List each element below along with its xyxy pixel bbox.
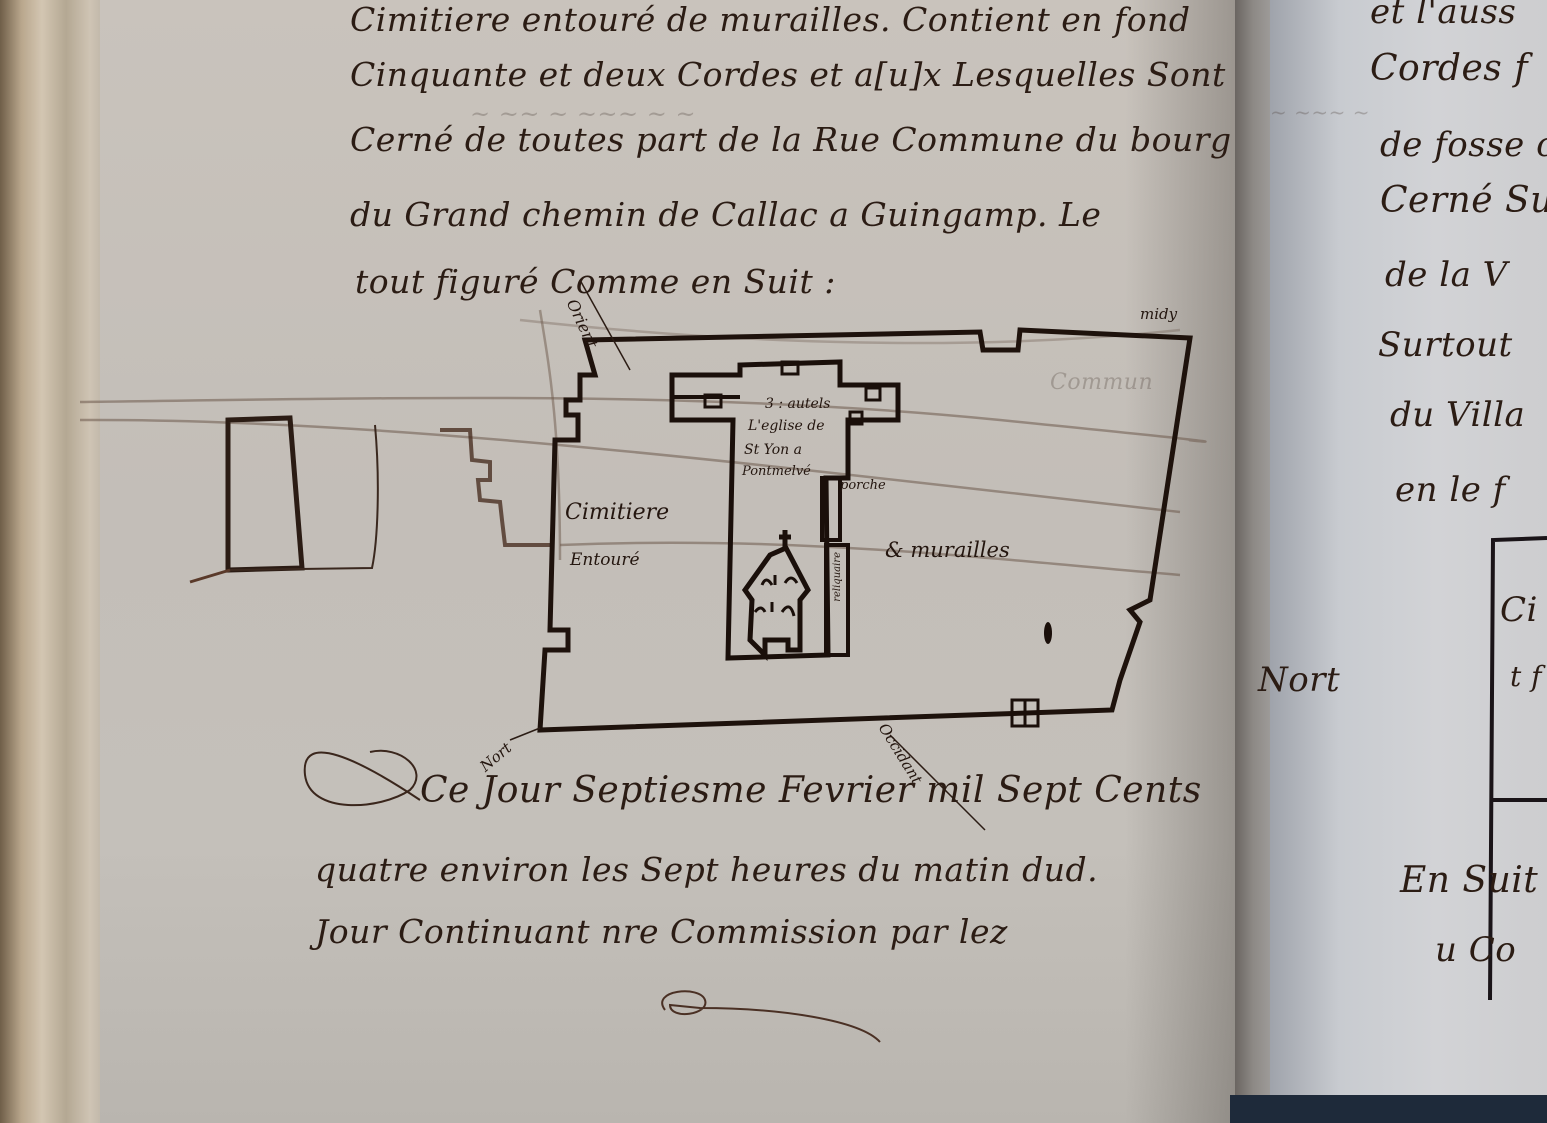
cemetery-label: Cimitiere bbox=[565, 500, 669, 525]
cemetery-plan-drawing bbox=[0, 0, 1547, 1123]
stepped-wall-remnant bbox=[440, 430, 552, 545]
walls-label: & murailles bbox=[885, 538, 1010, 562]
outbuilding-plan bbox=[228, 418, 302, 570]
text-line-8: Jour Continuant nre Commission par lez bbox=[315, 912, 1008, 951]
church-label-line4: Pontmelvé bbox=[742, 464, 811, 479]
church-label-line3: St Yon a bbox=[744, 442, 802, 458]
right-text-8: en le f bbox=[1395, 470, 1506, 510]
right-text-2: Cordes f bbox=[1370, 48, 1528, 89]
right-text-5: de la V bbox=[1385, 255, 1508, 295]
gate-drawing bbox=[1012, 700, 1038, 726]
right-boxed-text-1: Ci bbox=[1500, 590, 1538, 630]
cemetery-enclosed-label: Entouré bbox=[570, 550, 640, 570]
right-text-3: de fosse co bbox=[1380, 125, 1547, 165]
church-label-altars: 3 : autels bbox=[765, 396, 830, 412]
paraph-flourish bbox=[662, 991, 880, 1042]
right-boxed-text-2: t f bbox=[1510, 660, 1542, 693]
text-line-6: Ce Jour Septiesme Fevrier mil Sept Cents bbox=[420, 770, 1202, 811]
text-line-7: quatre environ les Sept heures du matin … bbox=[315, 850, 1098, 889]
right-text-6: Surtout bbox=[1378, 325, 1513, 365]
porch-label: porche bbox=[840, 478, 886, 493]
right-bottom-text-1: En Suit bbox=[1400, 860, 1538, 901]
compass-midi-label: midy bbox=[1140, 305, 1177, 323]
church-label-line2: L'eglise de bbox=[748, 418, 825, 434]
manuscript-photo: ~ ~~ ~ ~~~ ~ ~ Commun ~ ~~~ ~ Cimitiere … bbox=[0, 0, 1547, 1123]
chapel-drawing bbox=[745, 530, 808, 655]
right-text-4: Cerné Su bbox=[1380, 180, 1547, 221]
right-margin-nort: Nort bbox=[1258, 660, 1340, 700]
right-text-7: du Villa bbox=[1390, 395, 1525, 435]
right-text-1: et l'auss bbox=[1370, 0, 1516, 32]
right-bottom-text-2: u Co bbox=[1435, 930, 1516, 970]
reliquary-label: reliquaire bbox=[832, 552, 843, 602]
